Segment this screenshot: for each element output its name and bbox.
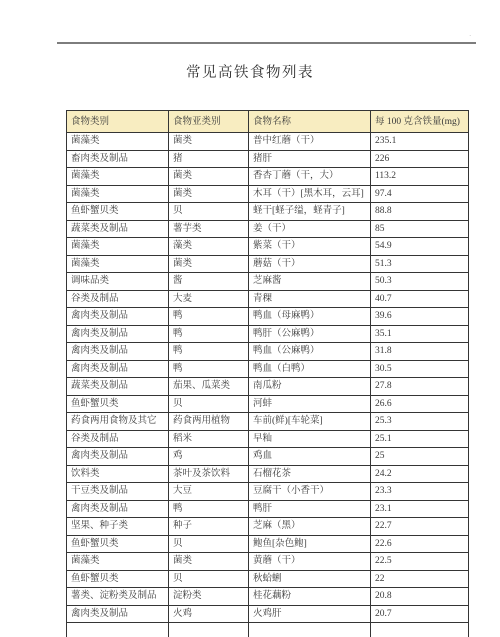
- cell-category: 饮料类: [67, 465, 169, 483]
- cell-subcategory: 鸭: [169, 325, 249, 343]
- cell-food-name: 香杏丁蘑（干，大）: [249, 168, 371, 186]
- cell-iron-value: 235.1: [371, 133, 469, 151]
- cell-food-name: 蛏干[蛏子缢，蛏青子]: [249, 203, 371, 221]
- cell-category: 禽肉类及制品: [67, 325, 169, 343]
- table-header: 食物类别食物亚类别食物名称每 100 克含铁量(mg): [67, 111, 469, 133]
- table-row: 蔬菜类及制品茄果、瓜菜类南瓜粉27.8: [67, 378, 469, 396]
- cell-iron-value: 30.5: [371, 360, 469, 378]
- cell-subcategory: 鸭: [169, 500, 249, 518]
- cell-iron-value: 25.3: [371, 413, 469, 431]
- table-row: 菌藻类菌类普中红蘑（干）235.1: [67, 133, 469, 151]
- cell-category: 菌藻类: [67, 238, 169, 256]
- column-header: 食物名称: [249, 111, 371, 133]
- table-row: 菌藻类菌类蘑菇（干）51.3: [67, 255, 469, 273]
- cell-subcategory: 菌类: [169, 553, 249, 571]
- cell-subcategory: 酱: [169, 273, 249, 291]
- cell-iron-value: 50.3: [371, 273, 469, 291]
- table-row: 畜肉类及制品猪猪肝226: [67, 150, 469, 168]
- cell-category: 菌藻类: [67, 553, 169, 571]
- cell-category: [67, 623, 169, 637]
- cell-iron-value: 25: [371, 448, 469, 466]
- cell-food-name: 鸭血（公麻鸭）: [249, 343, 371, 361]
- cell-iron-value: 22: [371, 570, 469, 588]
- cell-food-name: 鸭血（母麻鸭）: [249, 308, 371, 326]
- cell-category: 调味品类: [67, 273, 169, 291]
- cell-subcategory: 药食两用植物: [169, 413, 249, 431]
- cell-category: 禽肉类及制品: [67, 605, 169, 623]
- cell-subcategory: 贝: [169, 570, 249, 588]
- cell-food-name: 姜（干）: [249, 220, 371, 238]
- table-row: 菌藻类菌类香杏丁蘑（干，大）113.2: [67, 168, 469, 186]
- cell-subcategory: 大豆: [169, 483, 249, 501]
- cell-category: 禽肉类及制品: [67, 360, 169, 378]
- cell-iron-value: 23.3: [371, 483, 469, 501]
- cell-subcategory: 贝: [169, 535, 249, 553]
- table-row: 坚果、种子类种子芝麻（黑）22.7: [67, 518, 469, 536]
- table-row: 饮料类茶叶及茶饮料石榴花茶24.2: [67, 465, 469, 483]
- cell-food-name: 普中红蘑（干）: [249, 133, 371, 151]
- cell-iron-value: 40.7: [371, 290, 469, 308]
- cell-food-name: 芝麻（黑）: [249, 518, 371, 536]
- cell-food-name: 河蚌: [249, 395, 371, 413]
- cell-category: 谷类及制品: [67, 290, 169, 308]
- cell-iron-value: 27.8: [371, 378, 469, 396]
- cell-iron-value: 226: [371, 150, 469, 168]
- cell-food-name: 车前(鲜)[车轮菜]: [249, 413, 371, 431]
- top-horizontal-rule: [57, 42, 476, 44]
- cell-subcategory: 菌类: [169, 185, 249, 203]
- cell-subcategory: 茶叶及茶饮料: [169, 465, 249, 483]
- cell-iron-value: 97.4: [371, 185, 469, 203]
- cell-iron-value: 113.2: [371, 168, 469, 186]
- cell-iron-value: 39.6: [371, 308, 469, 326]
- cell-category: 干豆类及制品: [67, 483, 169, 501]
- cell-food-name: 鲍鱼[杂色鲍]: [249, 535, 371, 553]
- table-row: 鱼虾蟹贝类贝秋蛤蜊22: [67, 570, 469, 588]
- cell-iron-value: 20.7: [371, 605, 469, 623]
- cell-food-name: 鸡血: [249, 448, 371, 466]
- cell-subcategory: 稻米: [169, 430, 249, 448]
- cell-subcategory: 贝: [169, 395, 249, 413]
- cell-food-name: 木耳（干）[黑木耳，云耳]: [249, 185, 371, 203]
- cell-category: 畜肉类及制品: [67, 150, 169, 168]
- cell-category: 禽肉类及制品: [67, 500, 169, 518]
- cell-category: 菌藻类: [67, 255, 169, 273]
- cell-subcategory: 鸭: [169, 343, 249, 361]
- table-row: 禽肉类及制品火鸡火鸡肝20.7: [67, 605, 469, 623]
- cell-iron-value: 88.8: [371, 203, 469, 221]
- table-row: 蔬菜类及制品薯芋类姜（干）85: [67, 220, 469, 238]
- cell-iron-value: [371, 623, 469, 637]
- table-row: 薯类、淀粉类及制品淀粉类桂花藕粉20.8: [67, 588, 469, 606]
- cell-food-name: 火鸡肝: [249, 605, 371, 623]
- cell-iron-value: 35.1: [371, 325, 469, 343]
- cell-category: 禽肉类及制品: [67, 308, 169, 326]
- column-header: 食物类别: [67, 111, 169, 133]
- cell-category: 鱼虾蟹贝类: [67, 395, 169, 413]
- cell-subcategory: 种子: [169, 518, 249, 536]
- cell-iron-value: 23.1: [371, 500, 469, 518]
- cell-category: 鱼虾蟹贝类: [67, 203, 169, 221]
- cell-iron-value: 31.8: [371, 343, 469, 361]
- table-row: 禽肉类及制品鸭鸭血（白鸭）30.5: [67, 360, 469, 378]
- table-row: 禽肉类及制品鸭鸭血（母麻鸭）39.6: [67, 308, 469, 326]
- cell-iron-value: 26.6: [371, 395, 469, 413]
- cell-category: 菌藻类: [67, 185, 169, 203]
- cell-category: 禽肉类及制品: [67, 343, 169, 361]
- cell-food-name: 鸭肝（公麻鸭）: [249, 325, 371, 343]
- cell-food-name: 秋蛤蜊: [249, 570, 371, 588]
- cell-subcategory: 大麦: [169, 290, 249, 308]
- cell-category: 谷类及制品: [67, 430, 169, 448]
- cell-category: 菌藻类: [67, 133, 169, 151]
- page-corner-mark: ·: [469, 32, 471, 40]
- cell-subcategory: 鸡: [169, 448, 249, 466]
- cell-food-name: 猪肝: [249, 150, 371, 168]
- cell-category: 蔬菜类及制品: [67, 378, 169, 396]
- cell-iron-value: 22.5: [371, 553, 469, 571]
- cell-food-name: 鸭肝: [249, 500, 371, 518]
- cell-subcategory: 茄果、瓜菜类: [169, 378, 249, 396]
- table-row: 禽肉类及制品鸡鸡血25: [67, 448, 469, 466]
- cell-subcategory: [169, 623, 249, 637]
- cell-food-name: 石榴花茶: [249, 465, 371, 483]
- table-row: 药食两用食物及其它药食两用植物车前(鲜)[车轮菜]25.3: [67, 413, 469, 431]
- food-iron-table: 食物类别食物亚类别食物名称每 100 克含铁量(mg) 菌藻类菌类普中红蘑（干）…: [66, 110, 469, 637]
- cell-subcategory: 菌类: [169, 133, 249, 151]
- cell-subcategory: 淀粉类: [169, 588, 249, 606]
- cell-iron-value: 24.2: [371, 465, 469, 483]
- cell-food-name: 蘑菇（干）: [249, 255, 371, 273]
- table-row: 菌藻类菌类木耳（干）[黑木耳，云耳]97.4: [67, 185, 469, 203]
- cell-food-name: 豆腐干（小香干）: [249, 483, 371, 501]
- column-header: 食物亚类别: [169, 111, 249, 133]
- cell-subcategory: 猪: [169, 150, 249, 168]
- cell-subcategory: 鸭: [169, 360, 249, 378]
- table-row: 鱼虾蟹贝类贝鲍鱼[杂色鲍]22.6: [67, 535, 469, 553]
- table-row: 菌藻类菌类黄蘑（干）22.5: [67, 553, 469, 571]
- table-row: 菌藻类藻类紫菜（干）54.9: [67, 238, 469, 256]
- cell-category: 蔬菜类及制品: [67, 220, 169, 238]
- cell-food-name: 黄蘑（干）: [249, 553, 371, 571]
- cell-food-name: 紫菜（干）: [249, 238, 371, 256]
- cell-food-name: 鸭血（白鸭）: [249, 360, 371, 378]
- cell-category: 鱼虾蟹贝类: [67, 535, 169, 553]
- cell-subcategory: 菌类: [169, 168, 249, 186]
- cell-category: 药食两用食物及其它: [67, 413, 169, 431]
- header-row: 食物类别食物亚类别食物名称每 100 克含铁量(mg): [67, 111, 469, 133]
- page-title: 常见高铁食物列表: [0, 61, 500, 82]
- table-row: 禽肉类及制品鸭鸭血（公麻鸭）31.8: [67, 343, 469, 361]
- cell-category: 菌藻类: [67, 168, 169, 186]
- cell-subcategory: 贝: [169, 203, 249, 221]
- cell-food-name: 南瓜粉: [249, 378, 371, 396]
- cell-iron-value: 85: [371, 220, 469, 238]
- cell-subcategory: 菌类: [169, 255, 249, 273]
- table-row: 调味品类酱芝麻酱50.3: [67, 273, 469, 291]
- table-row: 禽肉类及制品鸭鸭肝23.1: [67, 500, 469, 518]
- cell-food-name: 早籼: [249, 430, 371, 448]
- cell-iron-value: 51.3: [371, 255, 469, 273]
- cell-iron-value: 22.7: [371, 518, 469, 536]
- cell-food-name: 青稞: [249, 290, 371, 308]
- cell-iron-value: 22.6: [371, 535, 469, 553]
- table-row: 谷类及制品稻米早籼25.1: [67, 430, 469, 448]
- table-row: 干豆类及制品大豆豆腐干（小香干）23.3: [67, 483, 469, 501]
- column-header: 每 100 克含铁量(mg): [371, 111, 469, 133]
- cell-iron-value: 20.8: [371, 588, 469, 606]
- table-row: 鱼虾蟹贝类贝河蚌26.6: [67, 395, 469, 413]
- cell-category: 坚果、种子类: [67, 518, 169, 536]
- cell-food-name: [249, 623, 371, 637]
- table-body: 菌藻类菌类普中红蘑（干）235.1畜肉类及制品猪猪肝226菌藻类菌类香杏丁蘑（干…: [67, 133, 469, 637]
- cell-subcategory: 藻类: [169, 238, 249, 256]
- cell-subcategory: 火鸡: [169, 605, 249, 623]
- cell-iron-value: 25.1: [371, 430, 469, 448]
- table-row: 鱼虾蟹贝类贝蛏干[蛏子缢，蛏青子]88.8: [67, 203, 469, 221]
- cell-category: 禽肉类及制品: [67, 448, 169, 466]
- cell-subcategory: 鸭: [169, 308, 249, 326]
- cell-category: 鱼虾蟹贝类: [67, 570, 169, 588]
- cell-iron-value: 54.9: [371, 238, 469, 256]
- cell-food-name: 芝麻酱: [249, 273, 371, 291]
- table-row: 禽肉类及制品鸭鸭肝（公麻鸭）35.1: [67, 325, 469, 343]
- cell-subcategory: 薯芋类: [169, 220, 249, 238]
- table-row: [67, 623, 469, 637]
- cell-category: 薯类、淀粉类及制品: [67, 588, 169, 606]
- cell-food-name: 桂花藕粉: [249, 588, 371, 606]
- table-row: 谷类及制品大麦青稞40.7: [67, 290, 469, 308]
